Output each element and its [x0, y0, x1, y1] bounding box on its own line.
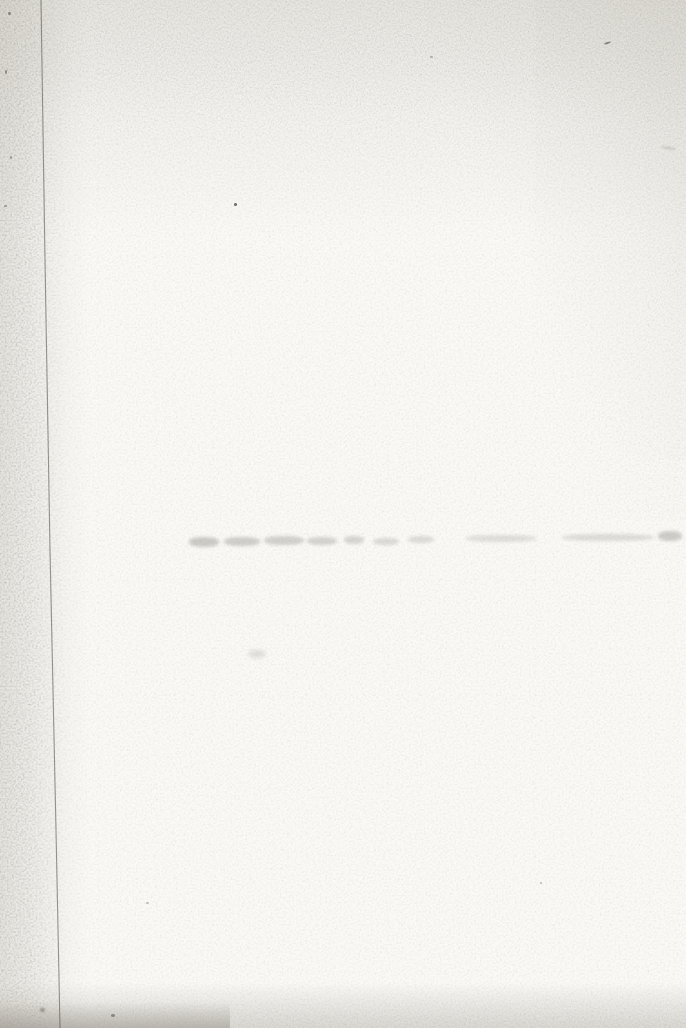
bleed-through-blob — [562, 534, 654, 541]
bleed-through-blob — [224, 537, 260, 546]
bleed-through-blob — [344, 536, 364, 544]
ink-speck — [40, 1008, 45, 1012]
paper-grain-top-right — [536, 0, 686, 520]
ink-speck — [248, 650, 266, 658]
bleed-through-blob — [373, 538, 399, 545]
ink-speck — [10, 156, 12, 159]
gutter-crease-line — [41, 0, 60, 1028]
paper-grain-base — [0, 0, 686, 1028]
ink-speck — [234, 203, 237, 206]
ink-speck — [604, 41, 611, 45]
paper-grain-top — [0, 0, 686, 240]
paper-grain-bottom — [0, 984, 686, 1028]
bleed-through-blob — [466, 535, 536, 542]
ink-speck — [8, 12, 11, 15]
ink-speck — [661, 146, 676, 151]
bleed-through-blob — [658, 531, 682, 541]
left-edge-shading — [0, 0, 90, 1028]
bottom-left-shading — [0, 1002, 230, 1028]
paper-grain-left — [0, 0, 70, 1028]
top-edge-shading — [0, 0, 686, 230]
ink-speck — [111, 1014, 115, 1017]
top-right-shading — [426, 0, 686, 460]
ink-speck — [4, 205, 7, 207]
ink-specks — [0, 0, 686, 1028]
bleed-through-blob — [307, 537, 337, 545]
bleed-through-blob — [189, 537, 219, 547]
bleed-through-blob — [264, 536, 304, 545]
bleed-through-smudge-band — [0, 0, 686, 1028]
bleed-through-blob — [408, 536, 434, 543]
bottom-edge-shading — [0, 982, 686, 1028]
scanned-page — [0, 0, 686, 1028]
gutter-crease — [0, 0, 686, 1028]
paper-texture-dots — [0, 0, 686, 1028]
ink-speck — [5, 70, 7, 74]
ink-speck — [540, 882, 542, 884]
ink-speck — [430, 56, 433, 58]
ink-speck — [146, 902, 149, 904]
